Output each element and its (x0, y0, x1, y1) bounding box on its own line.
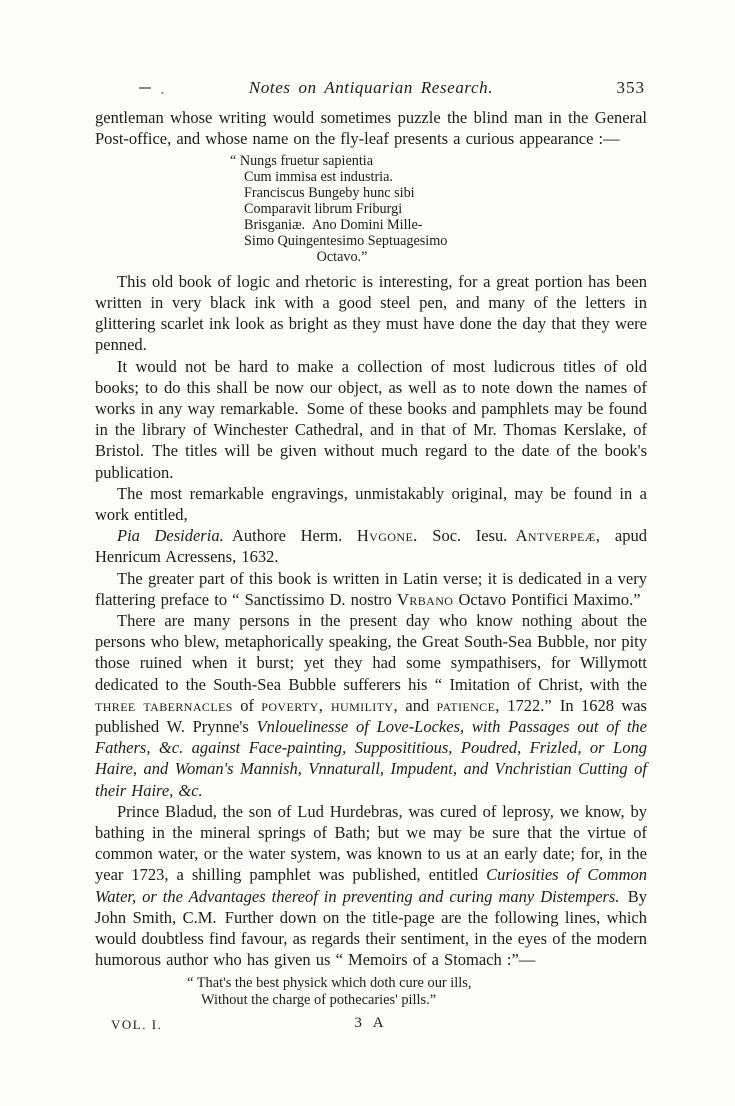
paragraph-pia-desideria: Pia Desideria. Authore Herm. Hvgone. Soc… (95, 525, 647, 567)
scan-artifact-dash (139, 87, 151, 89)
running-head: Notes on Antiquarian Research. 353 (95, 78, 647, 100)
page-number: 353 (617, 78, 646, 98)
paragraph-prince-bladud: Prince Bladud, the son of Lud Hurdebras,… (95, 801, 647, 971)
paragraph-south-sea-bubble: There are many persons in the present da… (95, 610, 647, 801)
scan-artifact-dot (161, 92, 164, 94)
page-footer: VOL. I. 3 A (95, 1015, 647, 1035)
running-title: Notes on Antiquarian Research. (95, 78, 647, 98)
paragraph-old-book: This old book of logic and rhetoric is i… (95, 271, 647, 356)
paragraph-latin-verse: The greater part of this book is written… (95, 568, 647, 610)
physick-couplet-verse: “ That's the best physick which doth cur… (187, 975, 647, 1008)
latin-inscription-verse: “ Nungs fruetur sapientiaCum immisa est … (230, 154, 454, 265)
paragraph-ludicrous-titles: It would not be hard to make a collectio… (95, 356, 647, 483)
text-column: gentleman whose writing would sometimes … (95, 107, 647, 1035)
signature-mark: 3 A (95, 1015, 647, 1032)
paragraph-engravings: The most remarkable engravings, unmistak… (95, 483, 647, 525)
volume-label: VOL. I. (111, 1017, 162, 1033)
book-page: Notes on Antiquarian Research. 353 gentl… (0, 0, 735, 1106)
paragraph-continuation: gentleman whose writing would sometimes … (95, 107, 647, 149)
